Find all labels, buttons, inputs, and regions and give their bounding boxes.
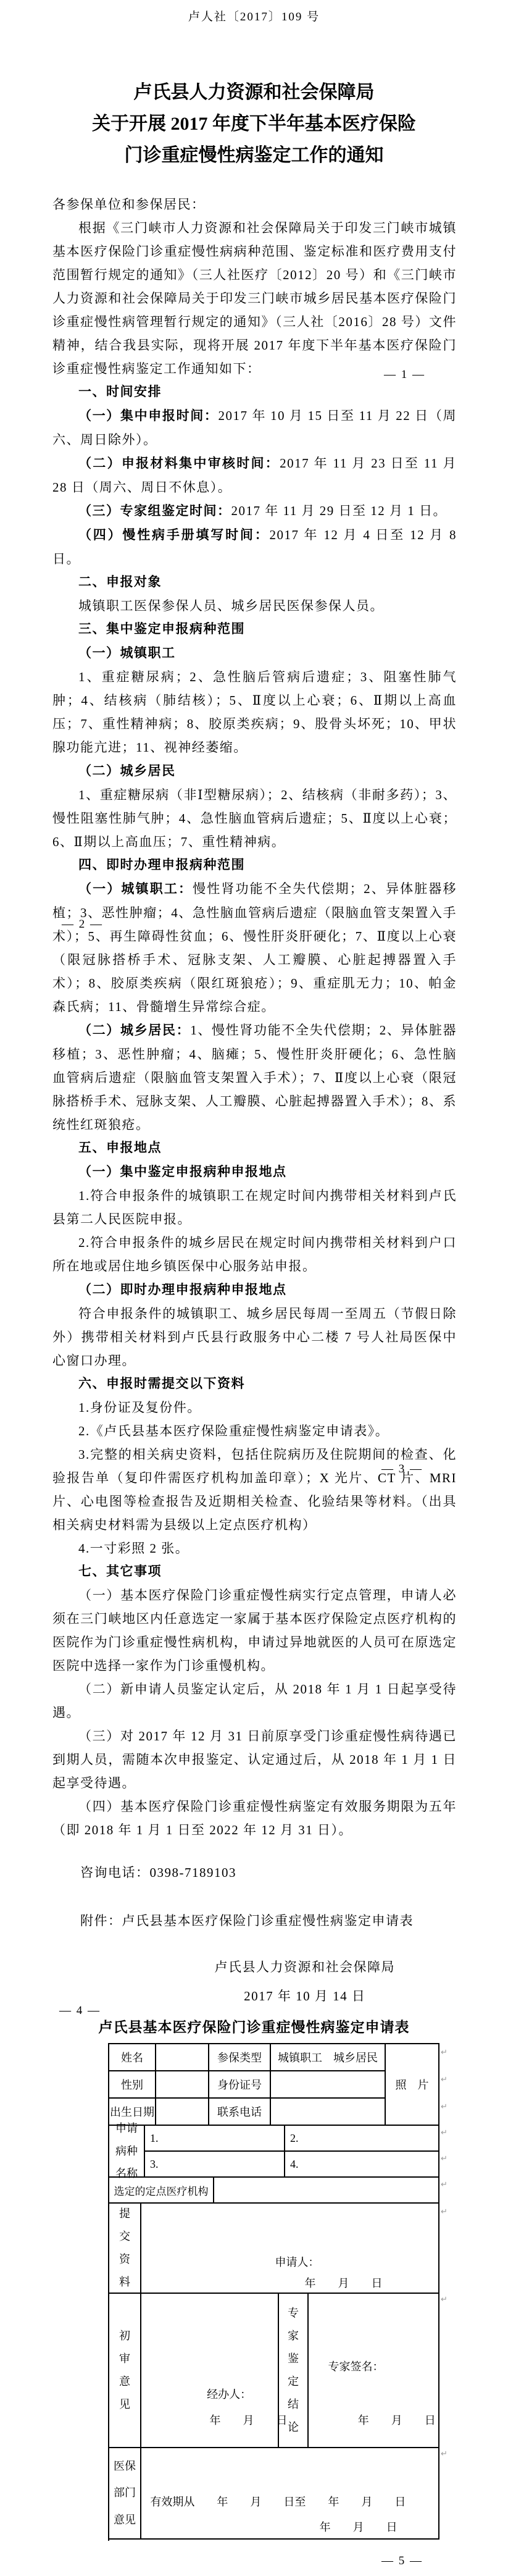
form-insurance-type-label: 参保类型 (209, 2044, 271, 2071)
paragraph: （一）基本医疗保险门诊重症慢性病实行定点管理，申请人必须在三门峡地区内任意选定一… (52, 1584, 457, 1677)
paragraph: （二）新申请人员鉴定认定后，从 2018 年 1 月 1 日起享受待遇。 (52, 1677, 457, 1724)
form-disease-field-3: 3. (145, 2152, 285, 2178)
form-title: 卢氏县基本医疗保险门诊重症慢性病鉴定申请表 (0, 2016, 508, 2036)
paragraph: （二）城乡居民：1、慢性肾功能不全失代偿期；2、异体脏器移植；3、恶性肿瘤；4、… (52, 1018, 457, 1136)
paragraph: 2.符合申报条件的城乡居民在规定时间内携带相关材料到户口所在地或居住地乡镇医保中… (52, 1231, 457, 1278)
form-id-number-label: 身份证号 (209, 2071, 271, 2099)
form-gender-label: 性别 (109, 2071, 156, 2099)
paragraph-text: 1、重症糖尿病（非Ⅰ型糖尿病）；2、结核病（非耐多药）；3、慢性阻塞性肺气肿；4… (52, 787, 457, 849)
paragraph: （二）即时办理申报病种申报地点 (52, 1278, 457, 1302)
form-expert-sign-label: 专家签名： (328, 2358, 384, 2374)
paragraph-text: 一、时间安排 (78, 385, 162, 399)
return-mark: ↵ (441, 2075, 448, 2084)
title-line-2: 关于开展 2017 年度下半年基本医疗保险 (0, 108, 508, 140)
paragraph-label: （三）专家组鉴定时间： (78, 504, 231, 518)
form-expert-date: 年 月 日 (358, 2412, 436, 2428)
form-first-review-field: 经办人： 年 月 日 (141, 2294, 279, 2448)
document-title: 卢氏县人力资源和社会保障局 关于开展 2017 年度下半年基本医疗保险 门诊重症… (0, 77, 508, 171)
form-insurance-dept-field: 有效期从 年 月 日至 年 月 日 年 月 日 (141, 2448, 439, 2540)
page-number-1: — 1 — (384, 368, 425, 382)
paragraph-text: （四）基本医疗保险门诊重症慢性病鉴定有效服务期限为五年（即 2018 年 1 月… (52, 1799, 457, 1837)
form-review-date: 年 月 日 (210, 2412, 288, 2428)
paragraph: （四）慢性病手册填写时间：2017 年 12 月 4 日至 12 月 8 日。 (52, 523, 457, 571)
paragraph-label: （一）集中鉴定申报病种申报地点 (78, 1165, 287, 1179)
section-heading: 四、即时办理申报病种范围 (52, 854, 457, 877)
return-mark: ↵ (441, 2180, 448, 2189)
page-number-5: — 5 — (381, 2554, 423, 2568)
form-disease-label: 申请 病种 名称 (109, 2126, 145, 2178)
section-heading: 一、时间安排 (52, 380, 457, 404)
paragraph: （四）基本医疗保险门诊重症慢性病鉴定有效服务期限为五年（即 2018 年 1 月… (52, 1795, 457, 1842)
section-heading: 六、申报时需提交以下资料 (52, 1372, 457, 1396)
return-mark: ↵ (441, 2154, 448, 2163)
paragraph: 1、重症糖尿病；2、急性脑后管病后遗症；3、阻塞性肺气肿；4、结核病（肺结核）；… (52, 665, 457, 759)
form-name-label: 姓名 (109, 2044, 156, 2071)
paragraph: 2.《卢氏县基本医疗保险重症慢性病鉴定申请表》。 (52, 1419, 457, 1443)
paragraph-text: （二）新申请人员鉴定认定后，从 2018 年 1 月 1 日起享受待遇。 (52, 1682, 457, 1720)
document-page: 卢人社〔2017〕109 号 卢氏县人力资源和社会保障局 关于开展 2017 年… (0, 0, 508, 2576)
form-phone-label: 联系电话 (209, 2099, 271, 2126)
paragraph-label: （二）即时办理申报病种申报地点 (78, 1283, 287, 1297)
attachment-note: 附件：卢氏县基本医疗保险门诊重症慢性病鉴定申请表 (80, 1911, 414, 1929)
paragraph-text: 2.《卢氏县基本医疗保险重症慢性病鉴定申请表》。 (78, 1424, 389, 1438)
paragraph: 1、重症糖尿病（非Ⅰ型糖尿病）；2、结核病（非耐多药）；3、慢性阻塞性肺气肿；4… (52, 783, 457, 854)
form-hospital-label: 选定的定点医疗机构 (109, 2178, 214, 2204)
form-expert-conclusion-field: 专家签名： 年 月 日 (309, 2294, 439, 2448)
paragraph-text: 1.身份证及复份件。 (78, 1400, 201, 1415)
paragraph-label: （四）慢性病手册填写时间： (78, 528, 270, 542)
form-operator-label: 经办人： (207, 2386, 251, 2402)
paragraph: （一）集中鉴定申报病种申报地点 (52, 1160, 457, 1184)
paragraph-list: 根据《三门峡市人力资源和社会保障局关于印发三门峡市城镇基本医疗保险门诊重症慢性病… (52, 216, 457, 1842)
paragraph-text: 慢性肾功能不全失代偿期；2、异体脏器移植；3、恶性肿瘤；4、急性脑血管病后遗症（… (52, 881, 457, 1014)
form-disease-field-2: 2. (285, 2126, 439, 2152)
form-expert-conclusion-label: 专 家 鉴 定 结 论 (279, 2294, 309, 2448)
section-heading: 二、申报对象 (52, 571, 457, 594)
document-body: 各参保单位和参保居民： 根据《三门峡市人力资源和社会保障局关于印发三门峡市城镇基… (52, 193, 457, 1842)
return-mark: ↵ (441, 2449, 448, 2459)
form-hospital-field (214, 2178, 439, 2204)
form-validity-period: 有效期从 年 月 日至 年 月 日 (150, 2493, 406, 2509)
contact-phone: 咨询电话：0398-7189103 (80, 1863, 236, 1881)
form-submitted-materials-label: 提 交 资 料 (109, 2204, 141, 2294)
form-insurance-type-options: 城镇职工 城乡居民 (271, 2044, 386, 2071)
document-number: 卢人社〔2017〕109 号 (0, 7, 508, 24)
page-number-2: — 2 — (62, 918, 103, 931)
paragraph-label: （二）城乡居民 (78, 764, 176, 778)
paragraph-text: 1.符合申报条件的城镇职工在规定时间内携带相关材料到卢氏县第二人民医院申报。 (52, 1188, 457, 1227)
paragraph: 3.完整的相关病史资料，包括住院病历及住院期间的检查、化验报告单（复印件需医疗机… (52, 1443, 457, 1537)
section-heading: 三、集中鉴定申报病种范围 (52, 618, 457, 641)
form-applicant-label: 申请人： (275, 2254, 319, 2270)
paragraph-text: 六、申报时需提交以下资料 (78, 1377, 245, 1391)
paragraph-text: 2.符合申报条件的城乡居民在规定时间内携带相关材料到户口所在地或居住地乡镇医保中… (52, 1235, 457, 1273)
paragraph-label: （二）申报材料集中审核时间： (78, 456, 280, 471)
paragraph-text: 1、重症糖尿病；2、急性脑后管病后遗症；3、阻塞性肺气肿；4、结核病（肺结核）；… (52, 669, 457, 755)
return-mark: ↵ (441, 2048, 448, 2057)
paragraph-text: 五、申报地点 (78, 1141, 162, 1155)
form-disease-field-4: 4. (285, 2152, 439, 2178)
form-id-number-field (271, 2071, 386, 2099)
return-mark: ↵ (441, 2128, 448, 2138)
paragraph: 符合申报条件的城镇职工、城乡居民每周一至周五（节假日除外）携带相关材料到卢氏县行… (52, 1302, 457, 1372)
paragraph: （一）城镇职工：慢性肾功能不全失代偿期；2、异体脏器移植；3、恶性肿瘤；4、急性… (52, 877, 457, 1018)
return-mark: ↵ (441, 2207, 448, 2217)
paragraph: 根据《三门峡市人力资源和社会保障局关于印发三门峡市城镇基本医疗保险门诊重症慢性病… (52, 216, 457, 380)
paragraph-text: 四、即时办理申报病种范围 (78, 858, 245, 872)
form-first-review-label: 初 审 意 见 (109, 2294, 141, 2448)
form-phone-field (271, 2099, 386, 2126)
paragraph: 1.身份证及复份件。 (52, 1396, 457, 1419)
paragraph-text: 2017 年 11 月 29 日至 12 月 1 日。 (231, 503, 447, 518)
paragraph: （二）城乡居民 (52, 759, 457, 783)
paragraph: （二）申报材料集中审核时间：2017 年 11 月 23 日至 11 月 28 … (52, 451, 457, 499)
section-heading: 五、申报地点 (52, 1136, 457, 1160)
page-number-3: — 3 — (381, 1462, 423, 1476)
signature-block: 卢氏县人力资源和社会保障局 2017 年 10 月 14 日 (215, 1953, 396, 2011)
salutation: 各参保单位和参保居民： (52, 193, 457, 216)
paragraph: 城镇职工医保参保人员、城乡居民医保参保人员。 (52, 594, 457, 618)
paragraph-label: （一）集中申报时间： (78, 409, 219, 423)
form-disease-field-1: 1. (145, 2126, 285, 2152)
paragraph-text: 1、慢性肾功能不全失代偿期；2、异体脏器移植；3、恶性肿瘤；4、脑瘫；5、慢性肝… (52, 1023, 457, 1132)
paragraph-label: （一）城镇职工： (78, 882, 193, 896)
paragraph-text: 符合申报条件的城镇职工、城乡居民每周一至周五（节假日除外）携带相关材料到卢氏县行… (52, 1306, 457, 1368)
return-mark: ↵ (441, 2102, 448, 2112)
paragraph-text: （一）基本医疗保险门诊重症慢性病实行定点管理，申请人必须在三门峡地区内任意选定一… (52, 1588, 457, 1673)
paragraph-text: 二、申报对象 (78, 575, 162, 589)
form-photo-box: 照 片 (386, 2044, 439, 2126)
form-gender-field (156, 2071, 209, 2099)
signature-org: 卢氏县人力资源和社会保障局 (215, 1953, 396, 1982)
paragraph-text: 三、集中鉴定申报病种范围 (78, 622, 245, 636)
paragraph-text: 3.完整的相关病史资料，包括住院病历及住院期间的检查、化验报告单（复印件需医疗机… (52, 1447, 457, 1532)
signature-date: 2017 年 10 月 14 日 (215, 1982, 396, 2011)
form-dept-date: 年 月 日 (320, 2519, 398, 2535)
application-form-table: 姓名 参保类型 城镇职工 城乡居民 照 片 性别 身份证号 出生日期 联系电话 … (108, 2043, 439, 2541)
form-name-field (156, 2044, 209, 2071)
form-applicant-date: 年 月 日 (305, 2275, 383, 2291)
paragraph: 1.符合申报条件的城镇职工在规定时间内携带相关材料到卢氏县第二人民医院申报。 (52, 1184, 457, 1231)
form-birth-date-field (156, 2099, 209, 2126)
form-submitted-materials-field: 申请人： 年 月 日 (141, 2204, 439, 2294)
form-insurance-dept-label: 医保 部门 意见 (109, 2448, 141, 2540)
paragraph-label: （一）城镇职工 (78, 646, 176, 660)
title-line-3: 门诊重症慢性病鉴定工作的通知 (0, 140, 508, 171)
paragraph-text: 七、其它事项 (78, 1564, 162, 1579)
paragraph-text: 根据《三门峡市人力资源和社会保障局关于印发三门峡市城镇基本医疗保险门诊重症慢性病… (52, 220, 457, 376)
paragraph-text: 城镇职工医保参保人员、城乡居民医保参保人员。 (78, 598, 384, 613)
paragraph: （三）对 2017 年 12 月 31 日前原享受门诊重症慢性病待遇已到期人员，… (52, 1724, 457, 1795)
paragraph-text: （三）对 2017 年 12 月 31 日前原享受门诊重症慢性病待遇已到期人员，… (52, 1729, 457, 1790)
paragraph: （一）集中申报时间：2017 年 10 月 15 日至 11 月 22 日（周六… (52, 404, 457, 451)
paragraph-label: （二）城乡居民： (78, 1023, 190, 1038)
paragraph: （一）城镇职工 (52, 641, 457, 665)
paragraph-text: 4.一寸彩照 2 张。 (78, 1541, 189, 1556)
paragraph: （三）专家组鉴定时间：2017 年 11 月 29 日至 12 月 1 日。 (52, 499, 457, 523)
return-mark: ↵ (441, 2295, 448, 2304)
section-heading: 七、其它事项 (52, 1560, 457, 1584)
paragraph: 4.一寸彩照 2 张。 (52, 1537, 457, 1560)
title-org-line: 卢氏县人力资源和社会保障局 (0, 77, 508, 108)
